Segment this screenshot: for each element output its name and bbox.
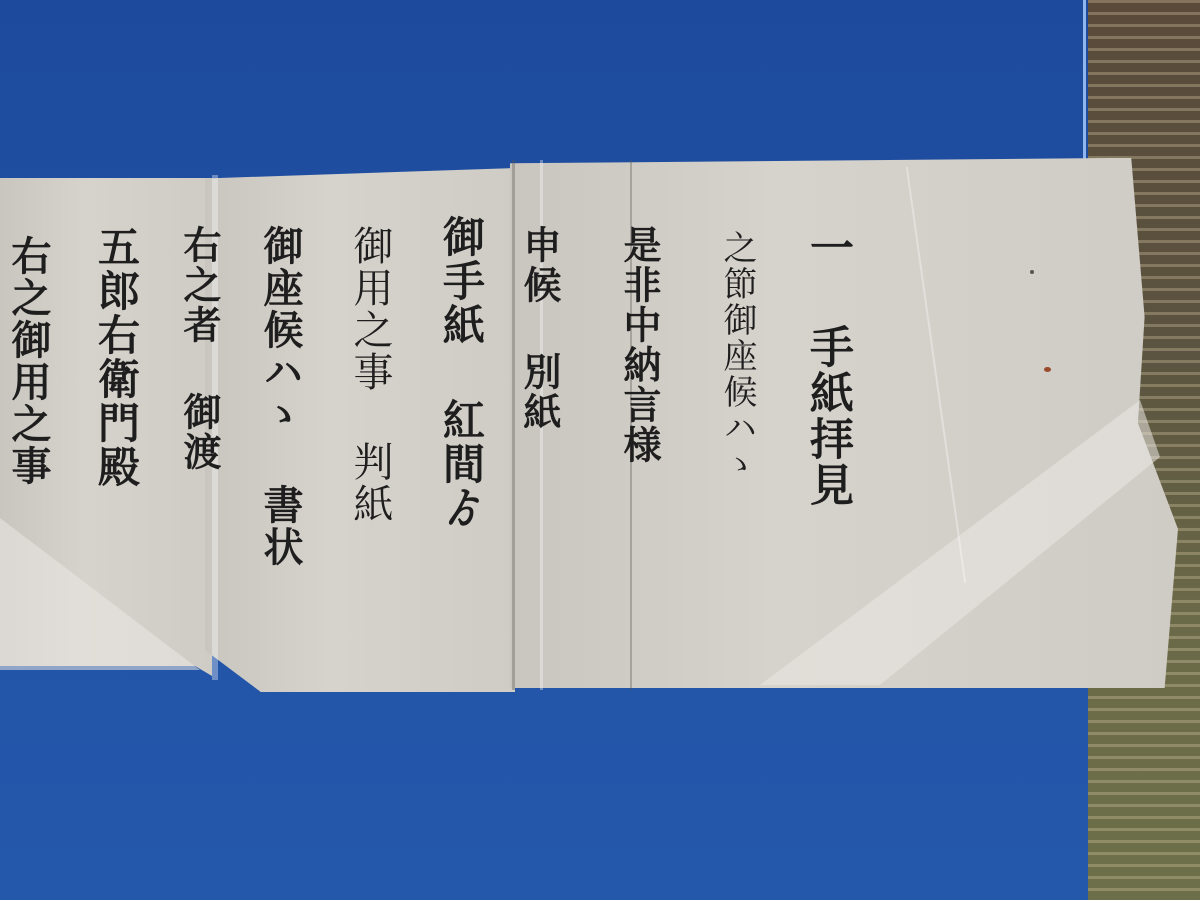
ink-spot bbox=[1030, 270, 1034, 274]
text-column-5: 御手紙 紅間ゟ bbox=[440, 215, 482, 530]
text-column-3: 是非中納言様 bbox=[620, 225, 658, 465]
text-column-1: 一 手紙拝見 bbox=[805, 225, 849, 508]
text-column-6: 御用之事 判紙 bbox=[350, 225, 390, 525]
text-column-2: 之節御座候ハゝ bbox=[720, 230, 754, 482]
text-column-10: 右之御用之事 bbox=[8, 235, 48, 487]
text-column-4: 申候 別紙 bbox=[520, 225, 558, 432]
board-edge-highlight bbox=[1083, 0, 1086, 170]
text-column-9: 五郎右衛門殿 bbox=[95, 225, 137, 489]
ink-stain bbox=[1044, 367, 1051, 372]
text-column-8: 右之者 御渡 bbox=[180, 225, 218, 472]
seam-line bbox=[512, 160, 515, 690]
text-column-7: 御座候ハゝ 書状 bbox=[260, 225, 300, 568]
